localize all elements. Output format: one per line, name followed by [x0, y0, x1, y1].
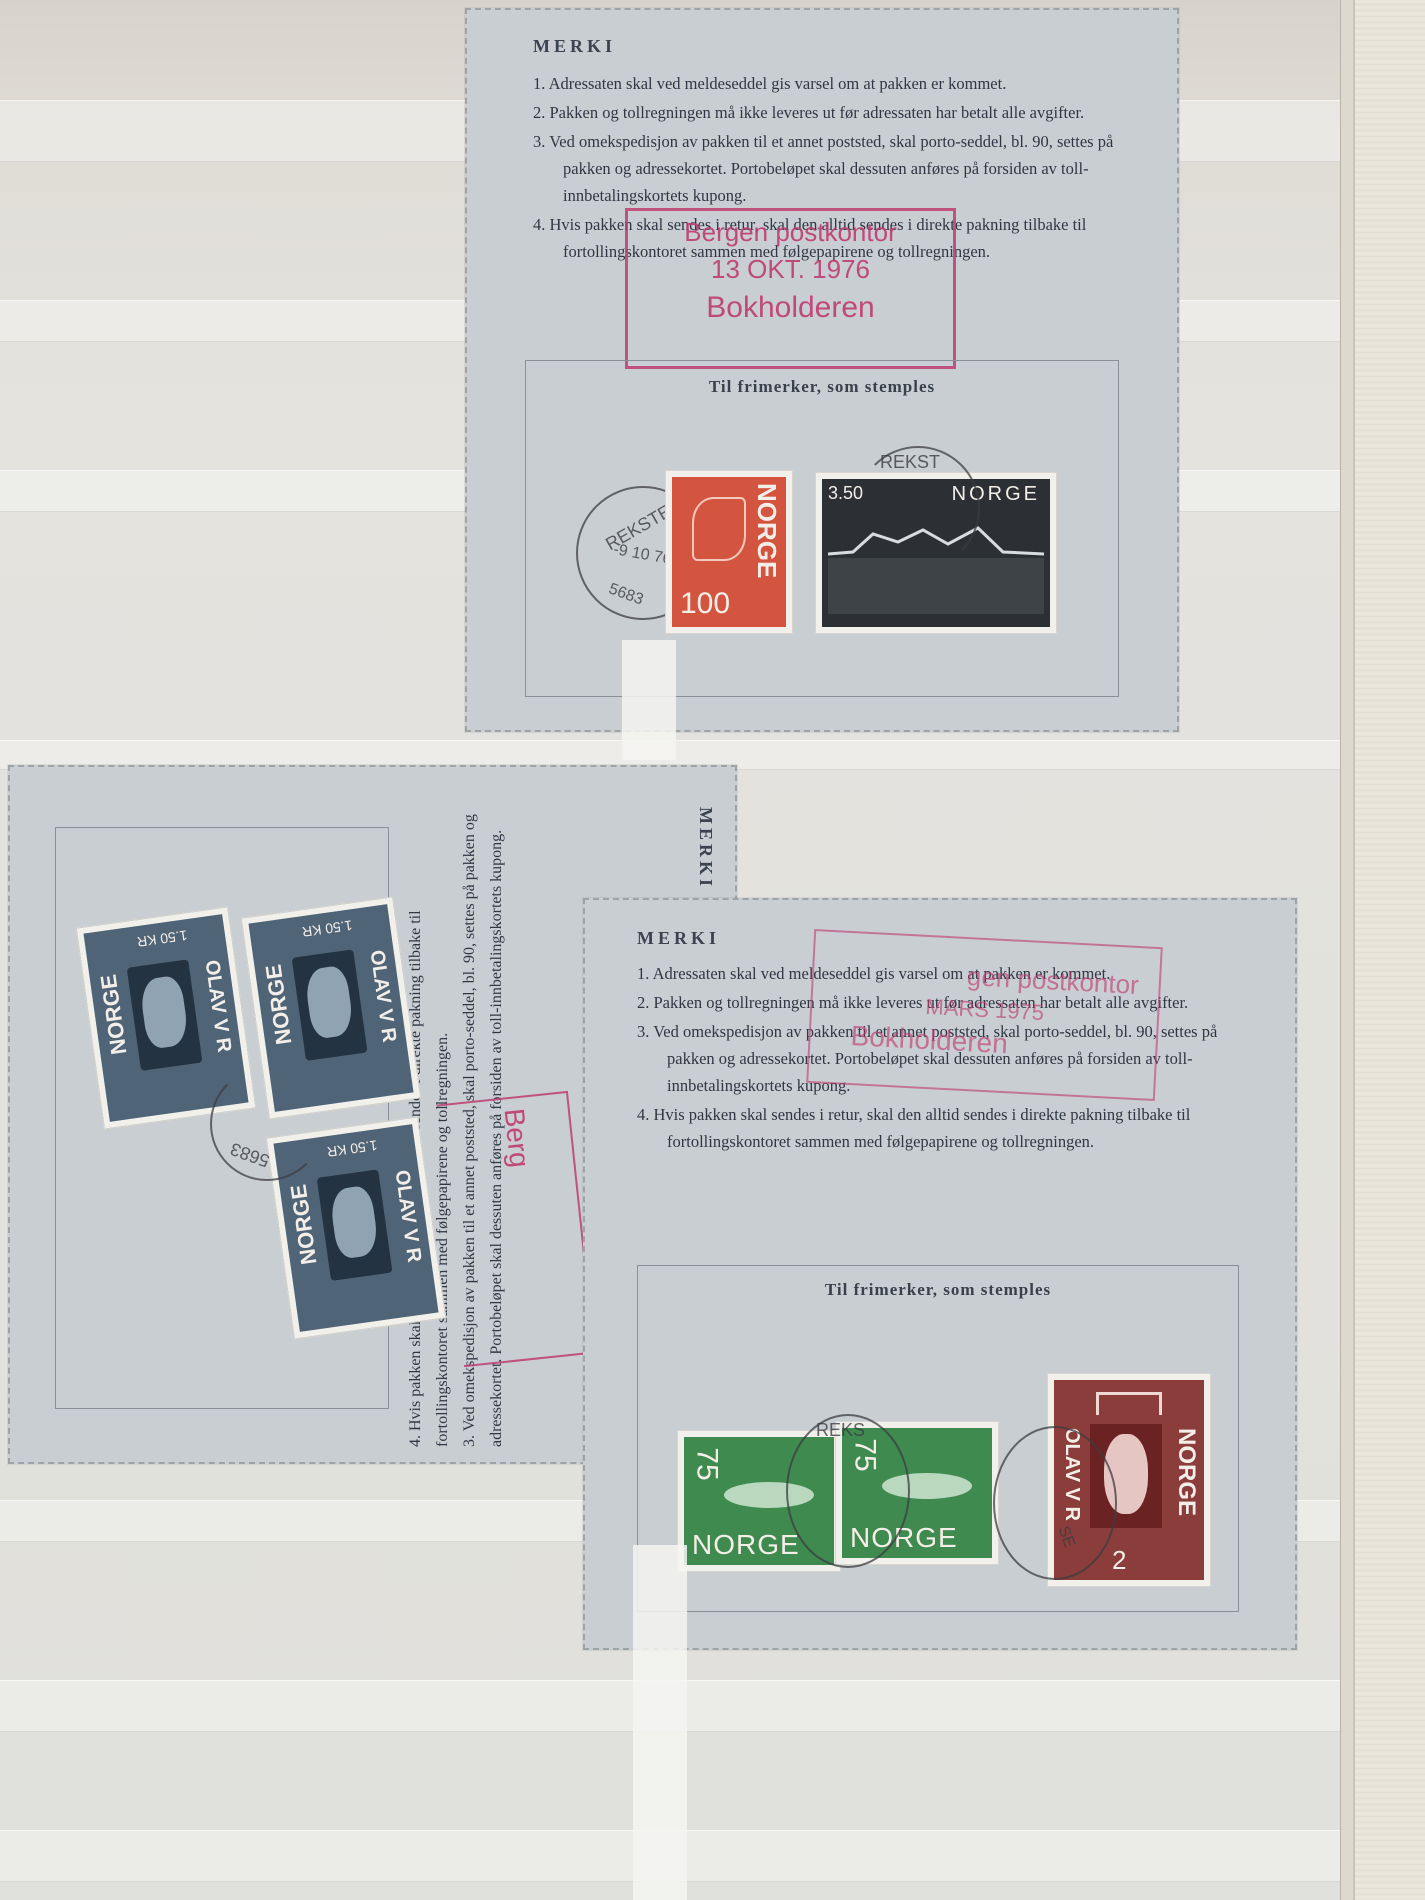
rule-3: 3. Ved omekspedisjon av pakken til et an…	[533, 128, 1123, 209]
postmark: 5683	[210, 1067, 324, 1181]
stockbook-tab	[622, 640, 676, 760]
stamp-100-reindeer: NORGE 100	[666, 471, 792, 633]
rule-1: 1. Adressaten skal ved meldeseddel gis v…	[533, 70, 1123, 97]
rule-4: 4. Hvis pakken skal sendes i retur, skal…	[637, 1101, 1237, 1155]
red-cancel-stamp: Bergen postkontor 13 OKT. 1976 Bokholder…	[625, 208, 956, 369]
stamp-box-label: Til frimerker, som stemples	[526, 377, 1118, 397]
red-stamp-title: Bokholderen	[628, 291, 953, 325]
red-cancel-stamp: gen postkontor MARS 1975 Bokholderen	[806, 929, 1163, 1101]
red-cancel-stamp: Berg	[437, 1091, 596, 1367]
card-heading: MERKI	[695, 807, 716, 890]
postmark: REKST	[856, 446, 980, 570]
card-heading: MERKI	[637, 928, 720, 949]
stamp-box: Til frimerker, som stemples 75 NORGE 75 …	[637, 1265, 1239, 1612]
king-portrait-icon	[292, 949, 368, 1061]
stamp-box: Til frimerker, som stemples REKSTEREN -9…	[525, 360, 1119, 697]
red-stamp-office: Bergen postkontor	[628, 217, 953, 248]
postmark: SE	[993, 1426, 1117, 1580]
postmark: REKS	[786, 1414, 910, 1568]
stamp-box-label: Til frimerker, som stemples	[638, 1280, 1238, 1300]
crown-icon	[1096, 1392, 1162, 1415]
king-portrait-icon	[127, 959, 203, 1071]
stockbook-binding	[1353, 0, 1425, 1900]
stockbook-tab	[633, 1545, 687, 1900]
red-stamp-date: 13 OKT. 1976	[628, 254, 953, 285]
rule-2: 2. Pakken og tollregningen må ikke lever…	[533, 99, 1123, 126]
parcel-card-right: MERKI 1. Adressaten skal ved meldeseddel…	[583, 898, 1297, 1650]
parcel-card-top: MERKI 1. Adressaten skal ved meldeseddel…	[465, 8, 1179, 732]
king-portrait-icon	[317, 1169, 393, 1281]
card-heading: MERKI	[533, 36, 616, 57]
reindeer-icon	[692, 497, 746, 561]
